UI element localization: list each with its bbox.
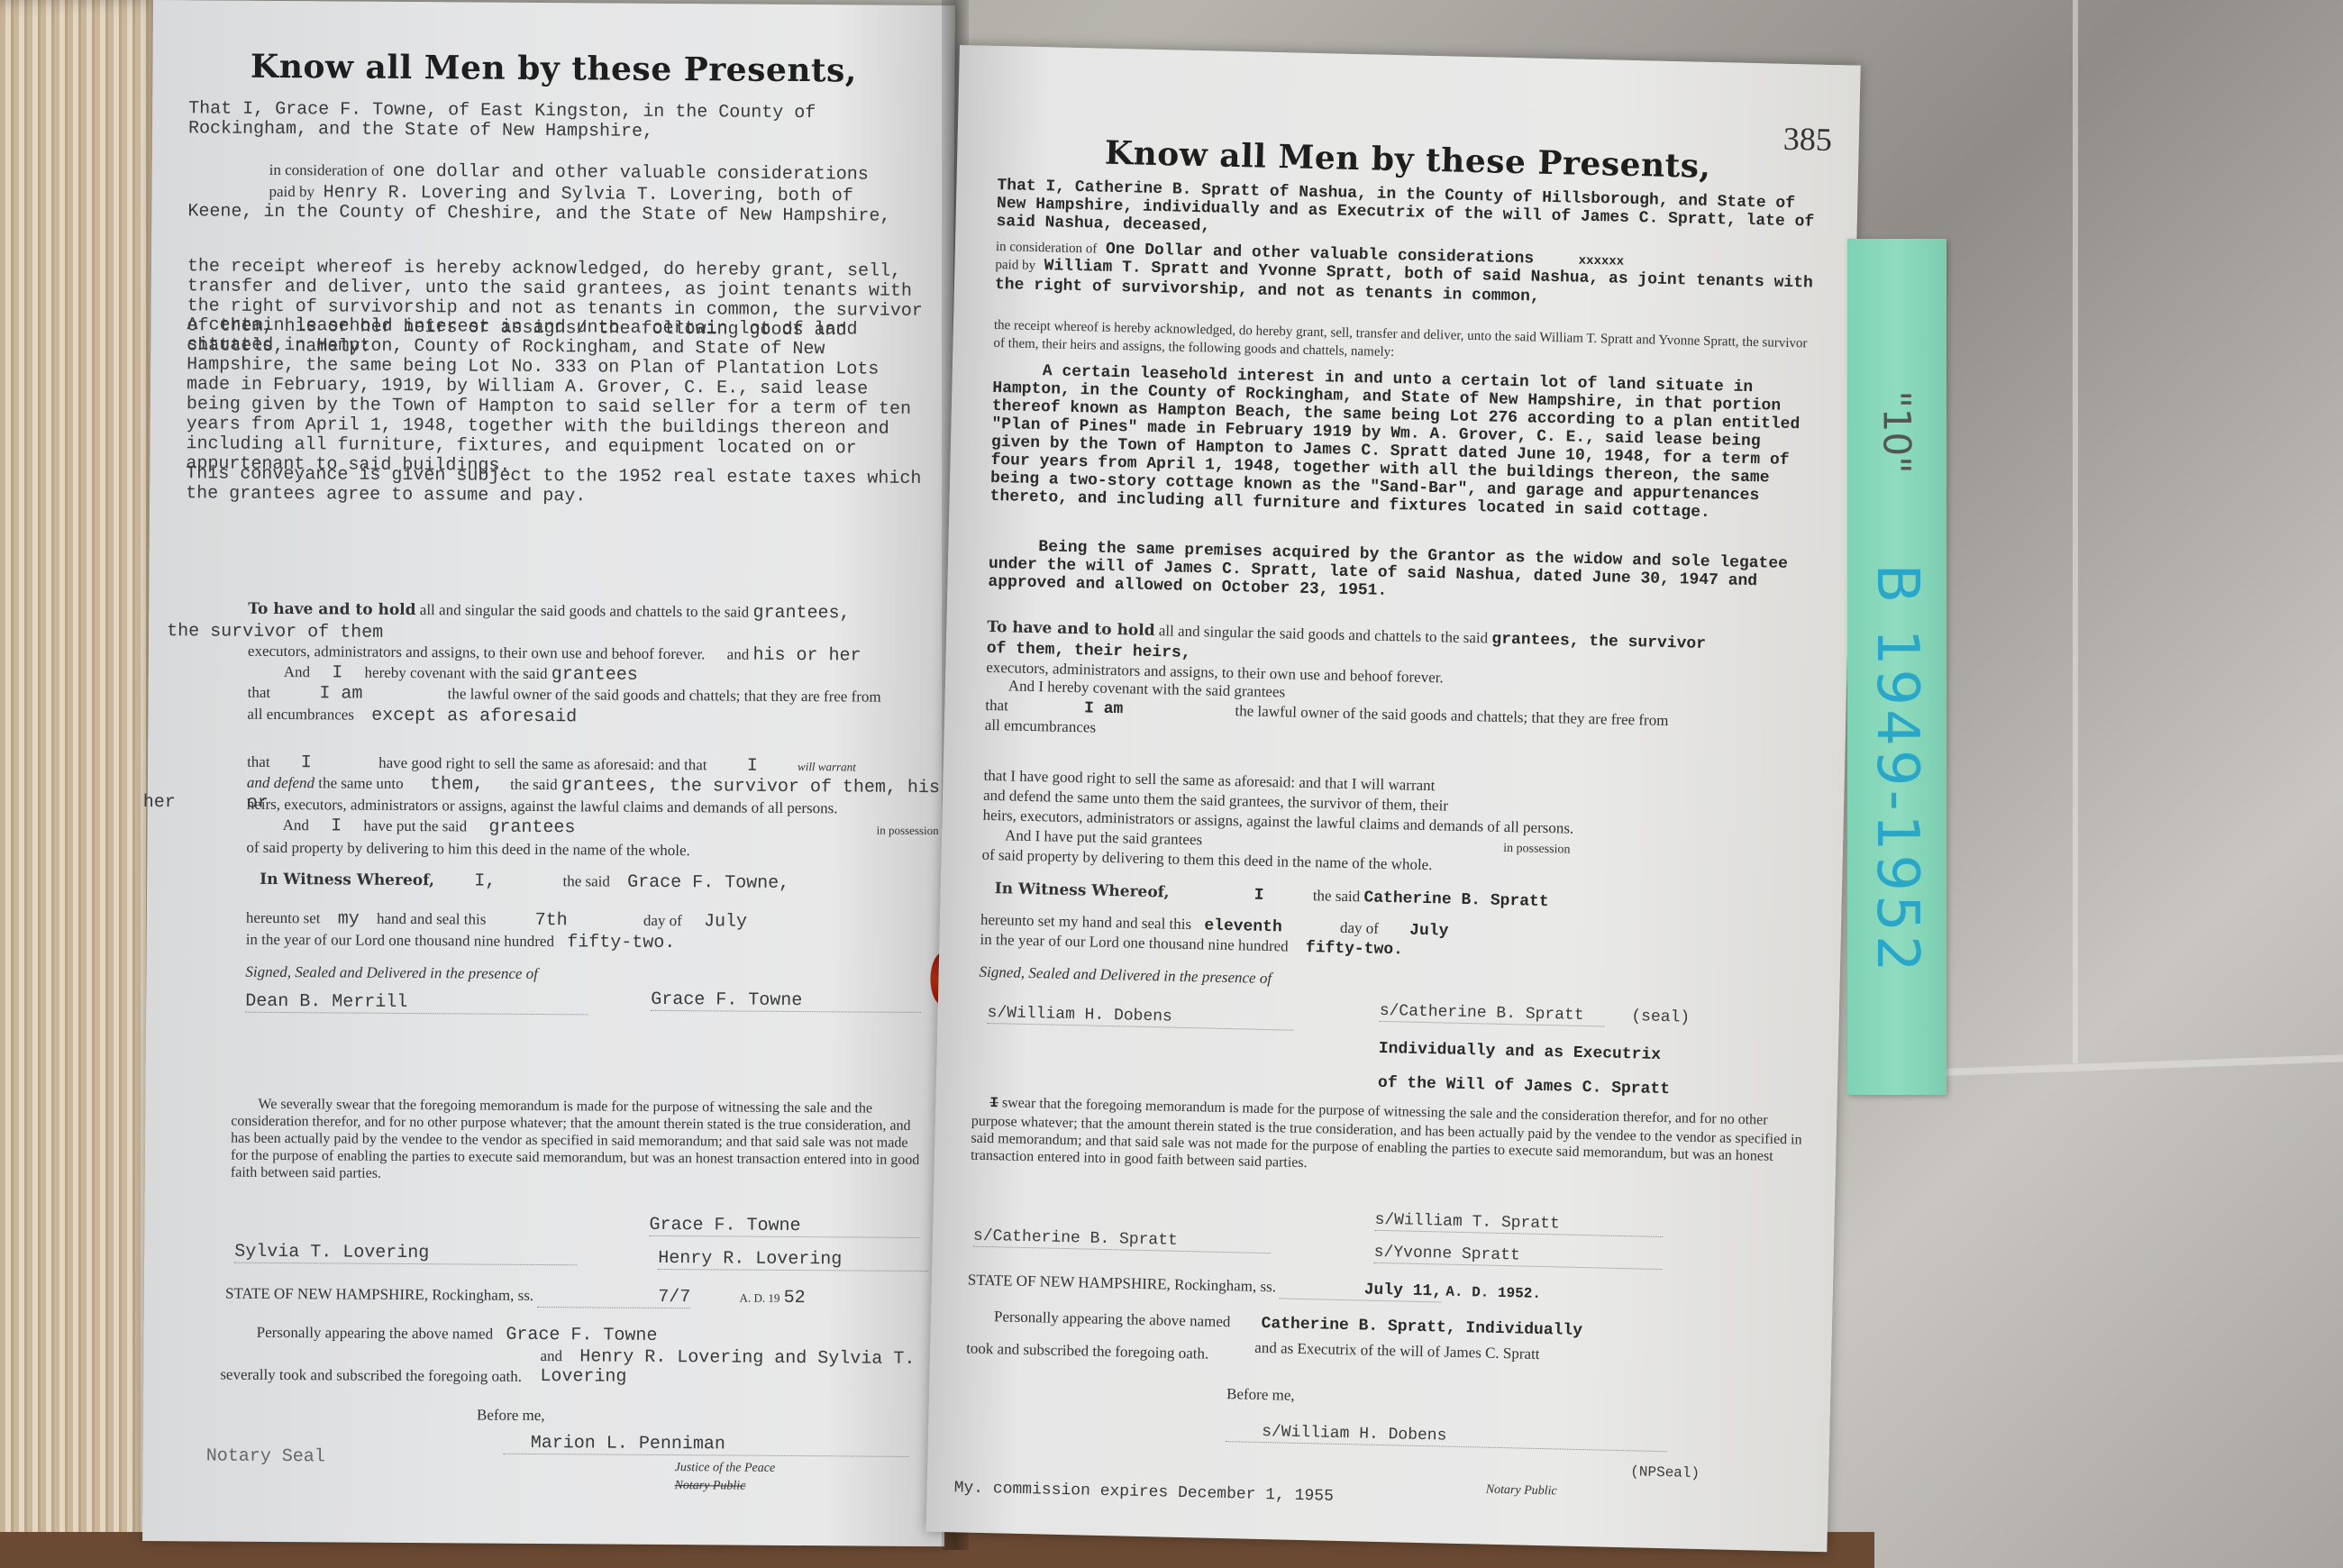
consideration-value: one dollar and other valuable considerat… xyxy=(393,161,869,186)
notary-signature: Marion L. Penniman xyxy=(504,1434,945,1457)
capacity-line-1: Individually and as Executrix xyxy=(1379,1039,1838,1070)
grantor-signature: Grace F. Towne xyxy=(651,990,948,1013)
before-me: Before me, xyxy=(1226,1385,1830,1417)
state-line: STATE OF NEW HAMPSHIRE, Rockingham, ss. … xyxy=(225,1285,946,1311)
before-me: Before me, xyxy=(477,1407,945,1428)
notary-title: Justice of the Peace xyxy=(675,1459,945,1479)
delivering-line: of said property by delivering to him th… xyxy=(246,839,949,861)
appearing-line: Personally appearing the above named Cat… xyxy=(994,1308,1832,1346)
paid-by-row: paid by Henry R. Lovering and Sylvia T. … xyxy=(187,182,926,227)
commission-expiry: My. commission expires December 1, 1955 xyxy=(953,1478,1828,1518)
conveyance-note: This conveyance is given subject to the … xyxy=(186,464,925,509)
heirs-line: heirs, executors, administrators or assi… xyxy=(247,796,923,818)
index-tab: "10" B 1949-1952 xyxy=(1847,239,1946,1095)
state-line: STATE OF NEW HAMPSHIRE, Rockingham, ss. … xyxy=(968,1272,1833,1312)
notary-seal-label: (NPSeal) xyxy=(1630,1462,1828,1486)
witness-line: In Witness Whereof, I the said Catherine… xyxy=(994,880,1841,918)
year-line: in the year of our Lord one thousand nin… xyxy=(246,931,949,955)
capacity-line-2: of the Will of James C. Spratt xyxy=(1378,1073,1837,1104)
signed-label: Signed, Sealed and Delivered in the pres… xyxy=(979,963,1839,1001)
oath-signature-1: Grace F. Towne xyxy=(649,1216,946,1238)
stone-seam xyxy=(2073,0,2078,1063)
oath-taken-line: severally took and subscribed the forego… xyxy=(220,1366,945,1390)
grantor-clause: That I, Grace F. Towne, of East Kingston… xyxy=(188,99,927,144)
right-page: 385 Know all Men by these Presents, That… xyxy=(926,45,1861,1552)
receipt-clause: the receipt whereof is hereby acknowledg… xyxy=(993,316,1819,371)
left-page-title: Know all Men by these Presents, xyxy=(152,47,954,90)
encumbrance-line: all encumbrances except as aforesaid xyxy=(247,706,950,730)
notary-signature: s/William H. Dobens xyxy=(1226,1421,1829,1455)
being-clause: Being the same premises acquired by the … xyxy=(988,537,1813,610)
property-description: A certain leasehold interest in and unto… xyxy=(989,361,1817,524)
property-description: A certain leasehold interest in and unto… xyxy=(186,315,925,479)
habendum-line1: To have and to hold all and singular the… xyxy=(248,600,924,624)
hereunto-line: hereunto set my hand and seal this 7th d… xyxy=(246,909,949,934)
witness-line: In Witness Whereof, I, the said Grace F.… xyxy=(260,871,949,895)
tab-size-note: "10" xyxy=(1875,390,1919,473)
oath-paragraph: I swear that the foregoing memorandum is… xyxy=(971,1093,1810,1183)
oath-paragraph: We severally swear that the foregoing me… xyxy=(231,1096,921,1186)
grantor-clause: That I, Catherine B. Spratt of Nashua, i… xyxy=(996,177,1821,250)
appearing-line: Personally appearing the above named Gra… xyxy=(257,1324,946,1348)
owner-line: that I am the lawful owner of the said g… xyxy=(248,684,951,708)
put-line: And I have put the said grantees in poss… xyxy=(283,816,950,841)
notary-struck: Notary Public xyxy=(674,1477,944,1497)
signed-label: Signed, Sealed and Delivered in the pres… xyxy=(245,963,948,986)
left-page: Know all Men by these Presents, That I, … xyxy=(142,0,955,1546)
oath-signature-3: Henry R. Lovering xyxy=(658,1249,946,1272)
tab-label: B 1949-1952 xyxy=(1864,563,1930,975)
